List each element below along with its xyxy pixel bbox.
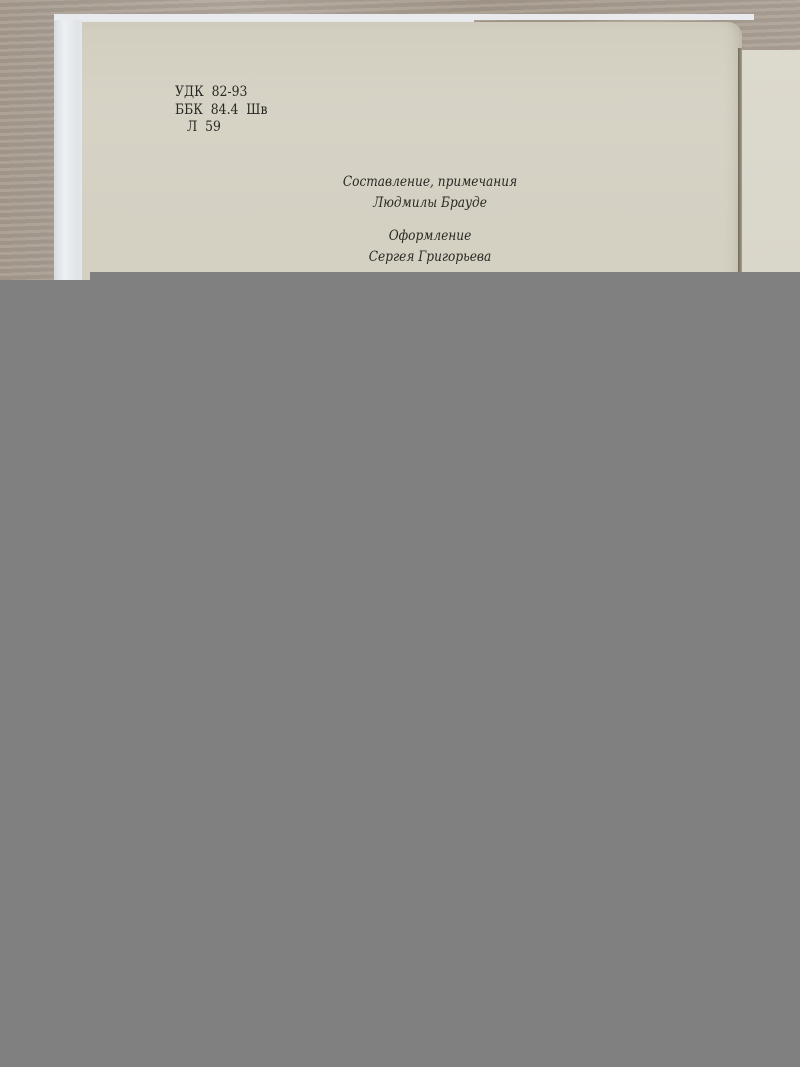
design-label: Оформление [313,226,547,247]
compilation-label: Составление, примечания [313,172,547,193]
compilation-name: Людмилы Брауде [313,193,547,214]
credits-block: Составление, примечания Людмилы Брауде О… [313,172,547,267]
grey-redaction-block-top [90,272,800,282]
spacer [313,213,547,226]
bbk-code: ББК 84.4 Шв [175,102,267,120]
design-name: Сергея Григорьева [313,247,547,268]
grey-redaction-block [0,280,800,1067]
udk-code: УДК 82-93 [175,84,267,102]
classification-codes: УДК 82-93 ББК 84.4 Шв Л 59 [175,84,267,137]
book-cover-edge [54,14,754,20]
author-mark: Л 59 [175,119,267,137]
right-book-page [742,50,800,290]
